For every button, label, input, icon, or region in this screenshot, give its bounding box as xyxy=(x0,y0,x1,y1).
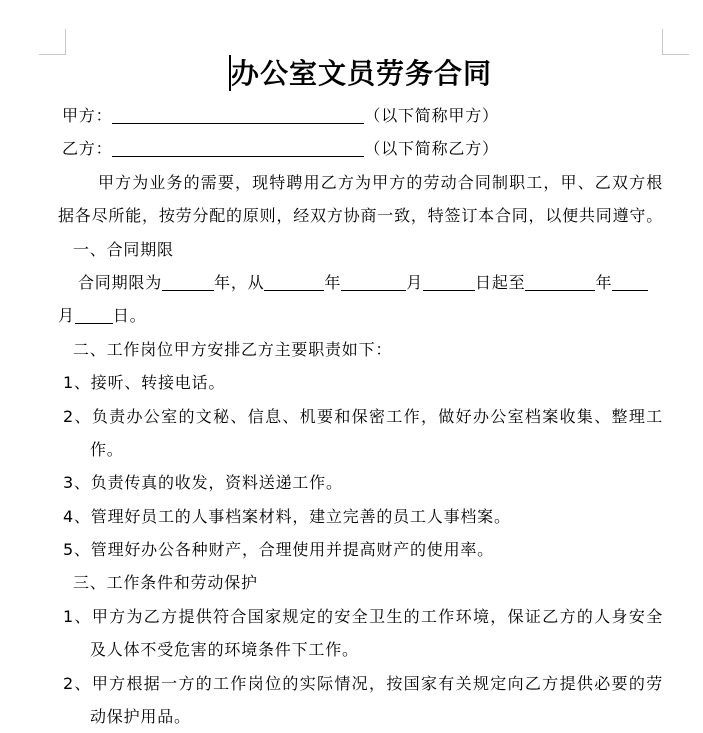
text-run: 日。 xyxy=(113,306,147,325)
text-run: 年 xyxy=(324,273,341,292)
blank-underline[interactable] xyxy=(341,276,406,291)
text-run: 据各尽所能，按劳分配的原则，经双方协商一致，特签订本合同，以便共同遵守。 xyxy=(58,206,663,225)
contract-term-line-2[interactable]: 月日。 xyxy=(58,299,663,332)
blank-underline[interactable] xyxy=(162,276,214,291)
text-run: 及人体不受危害的环境条件下工作。 xyxy=(90,640,359,659)
document-title-line[interactable]: 办公室文员劳务合同 xyxy=(58,52,663,99)
section-1-heading[interactable]: 一、合同期限 xyxy=(58,233,663,266)
text-run: 二、工作岗位甲方安排乙方主要职责如下： xyxy=(73,340,392,359)
preamble-line-2[interactable]: 据各尽所能，按劳分配的原则，经双方协商一致，特签订本合同，以便共同遵守。 xyxy=(58,199,663,232)
text-run: 合同期限为 xyxy=(78,273,162,292)
protection-item-1-line-2[interactable]: 及人体不受危害的环境条件下工作。 xyxy=(58,633,663,666)
duty-item-2-line-1[interactable]: 2、负责办公室的文秘、信息、机要和保密工作，做好办公室档案收集、整理工 xyxy=(58,400,663,433)
blank-underline[interactable] xyxy=(264,276,324,291)
protection-item-2-line-1[interactable]: 2、甲方根据一方的工作岗位的实际情况，按国家有关规定向乙方提供必要的劳 xyxy=(58,667,663,700)
duty-item-2-line-2[interactable]: 作。 xyxy=(58,433,663,466)
protection-item-2-line-2[interactable]: 动保护用品。 xyxy=(58,700,663,733)
duty-item-5[interactable]: 5、管理好办公各种财产，合理使用并提高财产的使用率。 xyxy=(58,533,663,566)
blank-underline[interactable] xyxy=(75,309,113,324)
text-run: 乙方： xyxy=(62,139,112,158)
duty-item-3[interactable]: 3、负责传真的收发，资料送递工作。 xyxy=(58,466,663,499)
text-run: 2、甲方根据一方的工作岗位的实际情况，按国家有关规定向乙方提供必要的劳 xyxy=(63,674,663,693)
text-run: 5、管理好办公各种财产，合理使用并提高财产的使用率。 xyxy=(63,540,494,559)
text-run: 2、负责办公室的文秘、信息、机要和保密工作，做好办公室档案收集、整理工 xyxy=(63,407,663,426)
text-run: （以下简称乙方） xyxy=(364,139,498,158)
duty-item-1[interactable]: 1、接听、转接电话。 xyxy=(58,366,663,399)
text-run: 作。 xyxy=(90,440,124,459)
document-title: 办公室文员劳务合同 xyxy=(231,57,492,90)
blank-underline[interactable] xyxy=(423,276,475,291)
text-run: 甲方为业务的需要，现特聘用乙方为甲方的劳动合同制职工，甲、乙双方根 xyxy=(98,173,663,192)
text-run: 3、负责传真的收发，资料送递工作。 xyxy=(63,473,343,492)
document-page[interactable]: 办公室文员劳务合同 甲方：（以下简称甲方）乙方：（以下简称乙方）甲方为业务的需要… xyxy=(0,0,703,733)
text-run: 1、接听、转接电话。 xyxy=(63,373,225,392)
text-run: 1、甲方为乙方提供符合国家规定的安全卫生的工作环境，保证乙方的人身安全 xyxy=(63,607,663,626)
text-run: 4、管理好员工的人事档案材料，建立完善的员工人事档案。 xyxy=(63,507,511,526)
blank-underline[interactable] xyxy=(612,276,648,291)
text-run: 甲方： xyxy=(62,106,112,125)
text-run: （以下简称甲方） xyxy=(364,106,498,125)
document-body: 办公室文员劳务合同 甲方：（以下简称甲方）乙方：（以下简称乙方）甲方为业务的需要… xyxy=(58,52,663,733)
text-run: 月 xyxy=(58,306,75,325)
text-run: 日起至 xyxy=(475,273,525,292)
document-lines: 甲方：（以下简称甲方）乙方：（以下简称乙方）甲方为业务的需要，现特聘用乙方为甲方… xyxy=(58,99,663,733)
margin-mark-top-right xyxy=(662,29,689,55)
section-3-heading[interactable]: 三、工作条件和劳动保护 xyxy=(58,566,663,599)
blank-underline[interactable] xyxy=(112,109,364,124)
text-run: 三、工作条件和劳动保护 xyxy=(73,573,258,592)
preamble-line-1[interactable]: 甲方为业务的需要，现特聘用乙方为甲方的劳动合同制职工，甲、乙双方根 xyxy=(58,166,663,199)
text-run: 年，从 xyxy=(214,273,264,292)
text-run: 月 xyxy=(406,273,423,292)
protection-item-1-line-1[interactable]: 1、甲方为乙方提供符合国家规定的安全卫生的工作环境，保证乙方的人身安全 xyxy=(58,600,663,633)
text-run: 年 xyxy=(595,273,612,292)
blank-underline[interactable] xyxy=(525,276,595,291)
party-b-line[interactable]: 乙方：（以下简称乙方） xyxy=(58,132,663,165)
blank-underline[interactable] xyxy=(112,142,364,157)
party-a-line[interactable]: 甲方：（以下简称甲方） xyxy=(58,99,663,132)
contract-term-line-1[interactable]: 合同期限为年，从年月日起至年 xyxy=(58,266,663,299)
duty-item-4[interactable]: 4、管理好员工的人事档案材料，建立完善的员工人事档案。 xyxy=(58,500,663,533)
text-run: 一、合同期限 xyxy=(73,240,174,259)
section-2-heading[interactable]: 二、工作岗位甲方安排乙方主要职责如下： xyxy=(58,333,663,366)
text-run: 动保护用品。 xyxy=(90,707,191,726)
